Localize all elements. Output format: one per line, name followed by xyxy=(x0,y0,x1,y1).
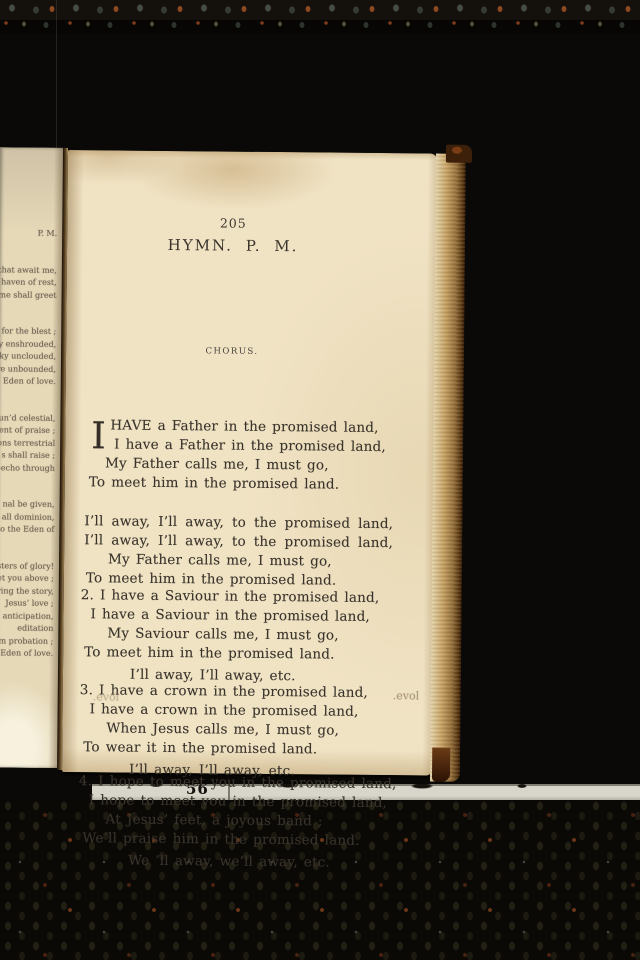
facing-page-fragment-line: ngsters of glory! xyxy=(0,560,54,573)
verse-line: We’ll praise him in the promised land. xyxy=(82,829,411,851)
facing-page-fragment-line: e Eden of love. xyxy=(0,647,53,660)
facing-page-fragment-line: regions terrestrial xyxy=(0,437,55,450)
facing-page-edge: P. M. joys that await me,haven of rest,e… xyxy=(0,147,66,768)
facing-page-fragment-line: Jesus’ love ; xyxy=(0,597,54,610)
verse-line: To wear it in the promised land. xyxy=(83,738,412,760)
verse-3: 3. I have a crown in the promised land,I… xyxy=(82,681,413,782)
facing-page-fragment-line: arps tun’d celestial, xyxy=(0,412,55,425)
book-cover-bottom-corner xyxy=(432,748,450,782)
facing-page-fragment-line: are unbounded, xyxy=(0,363,56,376)
facing-page-fragment-line: ment of praise ; xyxy=(0,424,55,437)
facing-page-fragment-line xyxy=(0,301,57,326)
chorus-heading: CHORUS. xyxy=(86,345,378,358)
facing-page-fragment-line xyxy=(0,388,56,413)
facing-page-fragment-line xyxy=(0,240,57,265)
facing-page-fragment-line: editation xyxy=(0,622,53,635)
verse-4: 4. I hope to meet you in the promised la… xyxy=(81,772,412,873)
facing-page-fragment-line: par’d for the blest ; xyxy=(0,325,56,338)
facing-page-fragment-line: aring the story, xyxy=(0,585,54,598)
book-cover-spot xyxy=(452,147,462,154)
verse-1: HAVE a Father in the promised land,I hav… xyxy=(85,416,416,495)
verse-line: To meet him in the promised land. xyxy=(89,473,415,495)
facing-page-fragment-line: the Eden of love. xyxy=(0,375,56,388)
facing-page-fragment-line: s shall raise ; xyxy=(0,449,55,462)
open-book: P. M. joys that await me,haven of rest,e… xyxy=(0,0,640,960)
facing-page-fragment-line: n to the Eden of xyxy=(0,523,54,536)
facing-page-fragment-line: ’s sky unclouded, xyxy=(0,350,56,363)
facing-page-fragment-line: re-echo through xyxy=(0,462,55,475)
facing-page-fragment-line: elcome shall greet xyxy=(0,289,57,302)
verse-line: We ’ll away, we’ll away, etc. xyxy=(128,852,411,874)
hymn-title: HYMN. P. M. xyxy=(87,235,379,256)
facing-page-fragment-line: nal be given, xyxy=(0,498,55,511)
facing-page-fragment-line xyxy=(0,474,55,499)
verse-2: 2. I have a Saviour in the promised land… xyxy=(83,586,414,687)
bleedthrough-text: .evol xyxy=(393,689,419,702)
verse-line: To meet him in the promised land. xyxy=(84,643,413,665)
photo-of-hymnal-page: 56 P. M. joys that await me,haven of res… xyxy=(0,0,640,960)
facing-page-fragment-line: meet you above ; xyxy=(0,572,54,585)
facing-page-fragment-line xyxy=(0,536,54,561)
facing-page-fragment-line: haven of rest, xyxy=(0,276,57,289)
book-fore-edge xyxy=(430,154,466,782)
facing-page-fragment-line: P. M. xyxy=(0,227,57,240)
hymnal-page: 205 HYMN. P. M. I HAVE a Father in the p… xyxy=(62,150,438,776)
facing-page-fragment-line: glory enshrouded, xyxy=(0,338,56,351)
bleedthrough-text: .evol xyxy=(93,690,119,703)
facing-page-fragment-line: d from probation ; xyxy=(0,635,53,648)
page-number: 205 xyxy=(87,214,379,232)
facing-page-text-fragments: P. M. joys that await me,haven of rest,e… xyxy=(0,227,57,660)
facing-page-fragment-line: anticipation, xyxy=(0,610,54,623)
facing-page-fragment-line: joys that await me, xyxy=(0,264,57,277)
chorus: I’ll away, I’ll away, to the promised la… xyxy=(84,512,415,591)
facing-page-fragment-line: all dominion, xyxy=(0,511,55,524)
